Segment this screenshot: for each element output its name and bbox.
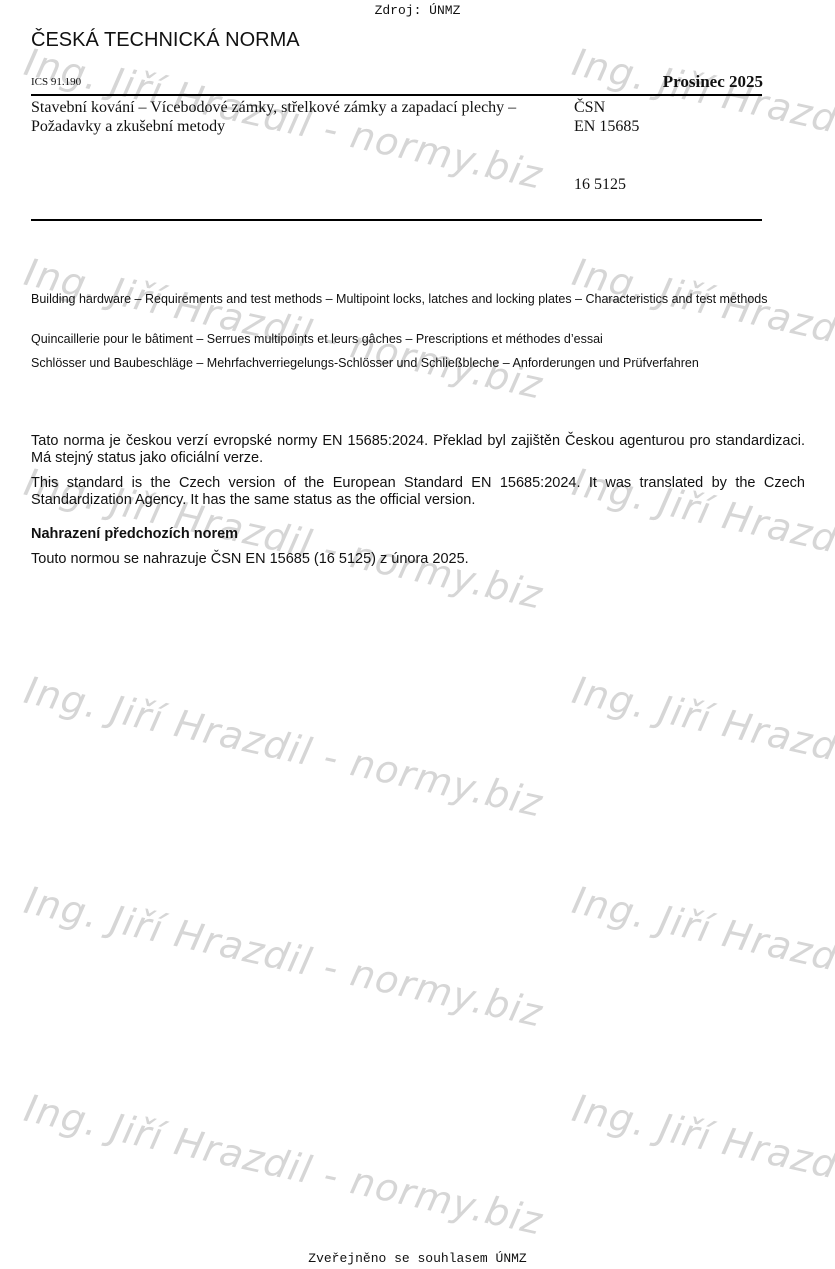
source-label: Zdroj: ÚNMZ (0, 3, 835, 18)
czech-title-line-1: Stavební kování – Vícebodové zámky, stře… (31, 98, 571, 117)
standard-code: EN 15685 (574, 117, 639, 136)
czech-title-line-2: Požadavky a zkušební metody (31, 117, 571, 136)
bottom-divider (31, 219, 762, 221)
english-version-note: This standard is the Czech version of th… (31, 475, 805, 509)
german-title: Schlösser und Baubeschläge – Mehrfachver… (31, 356, 776, 371)
top-divider (31, 94, 762, 96)
english-title: Building hardware – Requirements and tes… (31, 292, 776, 307)
document-type-title: ČESKÁ TECHNICKÁ NORMA (31, 29, 300, 52)
czech-title: Stavební kování – Vícebodové zámky, stře… (31, 98, 571, 136)
document-page: Zdroj: ÚNMZ ČESKÁ TECHNICKÁ NORMA ICS 91… (0, 0, 835, 1269)
publication-date: Prosinec 2025 (663, 72, 763, 92)
czech-version-note: Tato norma je českou verzí evropské norm… (31, 433, 805, 467)
classification-number: 16 5125 (574, 176, 626, 194)
replacement-text: Touto normou se nahrazuje ČSN EN 15685 (… (31, 551, 469, 567)
french-title: Quincaillerie pour le bâtiment – Serrues… (31, 332, 776, 347)
footer-note: Zveřejněno se souhlasem ÚNMZ (0, 1251, 835, 1266)
standard-prefix: ČSN (574, 98, 639, 117)
standard-number: ČSN EN 15685 (574, 98, 639, 136)
ics-code: ICS 91.190 (31, 76, 81, 88)
replacement-heading: Nahrazení předchozích norem (31, 526, 238, 542)
